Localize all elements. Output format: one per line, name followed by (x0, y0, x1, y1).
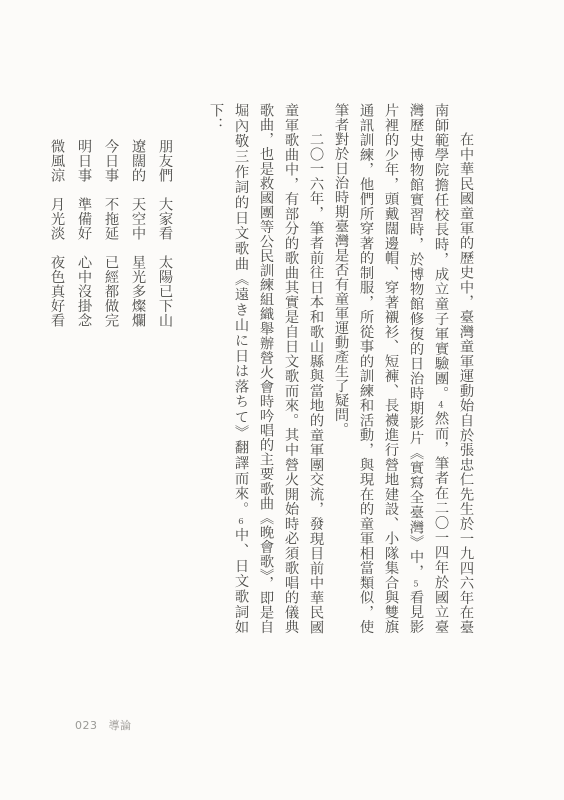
book-page: 在中華民國童軍的歷史中，臺灣童軍運動始自於張忠仁先生於一九四六年在臺南師範學院擔… (0, 0, 564, 800)
footnote-marker-6: 6 (236, 517, 246, 527)
page-number: 023 (75, 719, 98, 732)
lyric-line-2: 遼闊的 天空中 星光多燦爛 (124, 103, 151, 634)
page-footer: 023導論 (75, 717, 132, 733)
lyric-line-5: 微風涼 月光淡 夜色真好看 (43, 103, 70, 634)
lyric-line-4: 明日事 準備好 心中沒掛念 (70, 103, 97, 634)
footnote-marker-4: 4 (436, 401, 446, 411)
main-text: 在中華民國童軍的歷史中，臺灣童軍運動始自於張忠仁先生於一九四六年在臺南師範學院擔… (43, 103, 478, 634)
paragraph-2: 二〇一六年，筆者前往日本和歌山縣與當地的童軍團交流，發現目前中華民國童軍歌曲中，… (203, 103, 328, 634)
chapter-title: 導論 (109, 719, 132, 732)
lyric-line-1: 朋友們 大家看 太陽已下山 (151, 103, 178, 634)
lyrics-block: 朋友們 大家看 太陽已下山 遼闊的 天空中 星光多燦爛 今日事 不拖延 已經都做… (43, 103, 178, 634)
paragraph-1: 在中華民國童軍的歷史中，臺灣童軍運動始自於張忠仁先生於一九四六年在臺南師範學院擔… (328, 103, 478, 634)
lyric-line-3: 今日事 不拖延 已經都做完 (97, 103, 124, 634)
footnote-marker-5: 5 (411, 579, 421, 589)
